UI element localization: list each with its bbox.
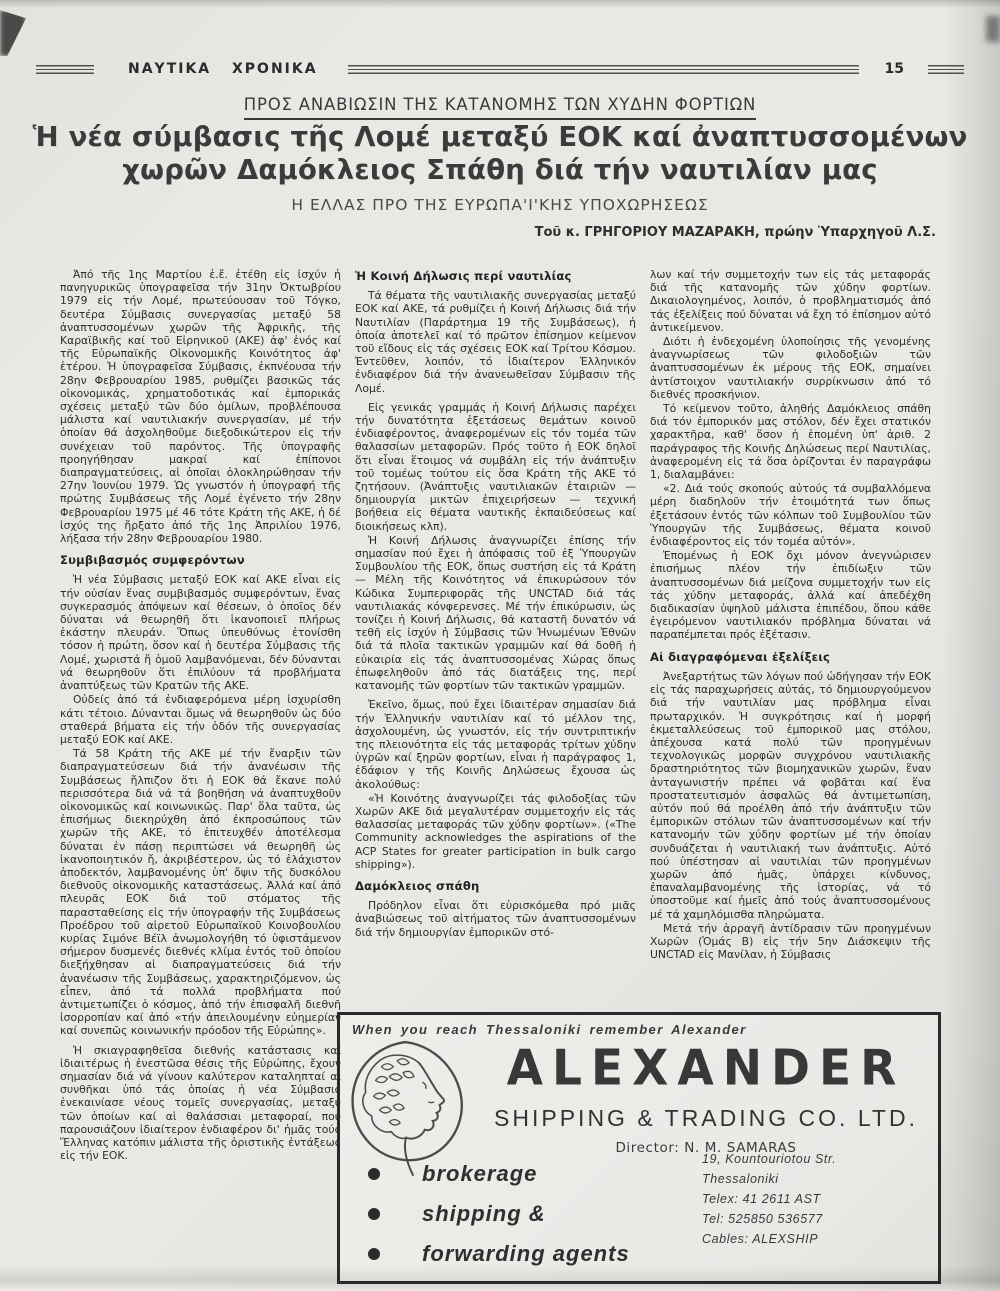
page-number: 15: [885, 61, 904, 77]
ad-tagline: When you reach Thessaloniki remember Ale…: [352, 1022, 747, 1037]
section-heading: Συμβιβασμός συμφερόντων: [60, 554, 341, 567]
bullet-icon: [368, 1168, 380, 1180]
article-subtitle: Η ΕΛΛΑΣ ΠΡΟ ΤΗΣ ΕΥΡΩΠΑ'Ι'ΚΗΣ ΥΠΟΧΩΡΗΣΕΩΣ: [0, 196, 1000, 214]
kicker-wrap: ΠΡΟΣ ΑΝΑΒΙΩΣΙΝ ΤΗΣ ΚΑΤΑΝΟΜΗΣ ΤΩΝ ΧΥΔΗΝ Φ…: [0, 95, 1000, 120]
column-2: Ἡ Κοινή Δήλωσις περί ναυτιλίας Τά θέματα…: [355, 268, 636, 1012]
paragraph: Τά 58 Κράτη τῆς ΑΚΕ μέ τήν ἔναρξιν τῶν δ…: [60, 747, 341, 1037]
paragraph: Ἡ σκιαγραφηθεῖσα διεθνής κατάστασις καί …: [60, 1044, 341, 1163]
service-label: brokerage: [422, 1161, 537, 1187]
paragraph: Πρόδηλον εἶναι ὅτι εὑρισκόμεθα πρό μιᾶς …: [355, 899, 636, 939]
columns-2-3: Ἡ Κοινή Δήλωσις περί ναυτιλίας Τά θέματα…: [355, 268, 942, 1012]
scan-top-edge: [0, 0, 1000, 8]
paragraph: Ἀπό τῆς 1ης Μαρτίου ἐ.ἔ. ἐτέθη εἰς ἰσχύν…: [60, 268, 341, 545]
service-label: shipping &: [422, 1201, 546, 1227]
list-item: shipping &: [368, 1201, 630, 1227]
ad-services-list: brokerage shipping & forwarding agents: [368, 1161, 630, 1281]
paragraph: Οὐδείς ἀπό τά ἐνδιαφερόμενα μέρη ἰσχυρίσ…: [60, 693, 341, 746]
paragraph: Μετά τήν ἀρραγῆ ἀντίδρασιν τῶν προηγμένω…: [650, 922, 931, 962]
right-columns-and-ad: Ἡ Κοινή Δήλωσις περί ναυτιλίας Τά θέματα…: [355, 268, 942, 1284]
paragraph: Ἀνεξαρτήτως τῶν λόγων πού ὡδήγησαν τήν Ε…: [650, 670, 931, 921]
article-kicker: ΠΡΟΣ ΑΝΑΒΙΩΣΙΝ ΤΗΣ ΚΑΤΑΝΟΜΗΣ ΤΩΝ ΧΥΔΗΝ Φ…: [244, 95, 756, 120]
list-item: brokerage: [368, 1161, 630, 1187]
header-rule: [348, 65, 859, 74]
paragraph: Ἑπομένως ἡ ΕΟΚ ὄχι μόνον ἀνεγνώρισεν ἐπι…: [650, 549, 931, 641]
scan-corner-artifact: [0, 10, 26, 56]
address-line: Thessaloniki: [702, 1169, 836, 1189]
bullet-icon: [368, 1208, 380, 1220]
address-line: Cables: ALEXSHIP: [702, 1229, 836, 1249]
paragraph: Εἰς γενικάς γραμμάς ἡ Κοινή Δήλωσις παρέ…: [355, 401, 636, 533]
title-line-2: χωρῶν Δαμόκλειος Σπάθη διά τήν ναυτιλίαν…: [122, 154, 878, 186]
column-1: Ἀπό τῆς 1ης Μαρτίου ἐ.ἔ. ἐτέθη εἰς ἰσχύν…: [60, 268, 341, 1283]
ad-company-name: SHIPPING & TRADING CO. LTD.: [482, 1105, 930, 1132]
column-3: λων καί τήν συμμετοχήν των εἰς τάς μεταφ…: [650, 268, 931, 1012]
masthead-row: ΝΑΥΤΙΚΑ ΧΡΟΝΙΚΑ 15: [36, 60, 964, 78]
ad-brand-logo: ALEXANDER: [482, 1040, 930, 1097]
paragraph: «Ἡ Κοινότης ἀναγνωρίζει τάς φιλοδοξίας τ…: [355, 792, 636, 871]
section-heading: Ἡ Κοινή Δήλωσις περί ναυτιλίας: [355, 270, 636, 283]
header-rule: [36, 65, 94, 74]
section-heading: Δαμόκλειος σπάθη: [355, 880, 636, 893]
paragraph: Τό κείμενον τοῦτο, ἀληθής Δαμόκλειος σπά…: [650, 402, 931, 481]
article-body: Ἀπό τῆς 1ης Μαρτίου ἐ.ἔ. ἐτέθη εἰς ἰσχύν…: [60, 268, 942, 1284]
list-item: forwarding agents: [368, 1241, 630, 1267]
bullet-icon: [368, 1248, 380, 1260]
magazine-title: ΝΑΥΤΙΚΑ ΧΡΟΝΙΚΑ: [128, 61, 318, 77]
magazine-page: ΝΑΥΤΙΚΑ ΧΡΟΝΙΚΑ 15 ΠΡΟΣ ΑΝΑΒΙΩΣΙΝ ΤΗΣ ΚΑ…: [0, 0, 1000, 1291]
paragraph: Ἡ Κοινή Δήλωσις ἀναγνωρίζει ἐπίσης τήν σ…: [355, 534, 636, 692]
paragraph: Διότι ἡ ἐνδεχομένη ὑλοποίησις τῆς γενομέ…: [650, 335, 931, 401]
scan-right-shadow: [942, 0, 1000, 1291]
address-line: 19, Kountouriotou Str.: [702, 1149, 836, 1169]
article-title: Ἡ νέα σύμβασις τῆς Λομέ μεταξύ ΕΟΚ καί ἀ…: [30, 121, 970, 187]
paragraph: «2. Διά τούς σκοπούς αὐτούς τά συμβαλλόμ…: [650, 482, 931, 548]
service-label: forwarding agents: [422, 1241, 630, 1267]
ad-address-block: 19, Kountouriotou Str. Thessaloniki Tele…: [702, 1149, 836, 1249]
address-line: Tel: 525850 536577: [702, 1209, 836, 1229]
article-byline: Τοῦ κ. ΓΡΗΓΟΡΙΟΥ ΜΑΖΑΡΑΚΗ, πρώην Ὑπαρχηγ…: [535, 225, 936, 240]
paragraph: Ἡ νέα Σύμβασις μεταξύ ΕΟΚ καί ΑΚΕ εἶναι …: [60, 573, 341, 692]
address-line: Telex: 41 2611 AST: [702, 1189, 836, 1209]
paragraph: λων καί τήν συμμετοχήν των εἰς τάς μεταφ…: [650, 268, 931, 334]
title-line-1: Ἡ νέα σύμβασις τῆς Λομέ μεταξύ ΕΟΚ καί ἀ…: [32, 121, 967, 153]
header-rule: [928, 65, 964, 74]
section-heading: Αἱ διαγραφόμεναι ἐξελίξεις: [650, 651, 931, 664]
paragraph: Ἐκεῖνο, ὅμως, πού ἔχει ἰδιαιτέραν σημασί…: [355, 698, 636, 790]
alexander-advertisement: When you reach Thessaloniki remember Ale…: [337, 1012, 941, 1284]
paragraph: Τά θέματα τῆς ναυτιλιακῆς συνεργασίας με…: [355, 289, 636, 395]
